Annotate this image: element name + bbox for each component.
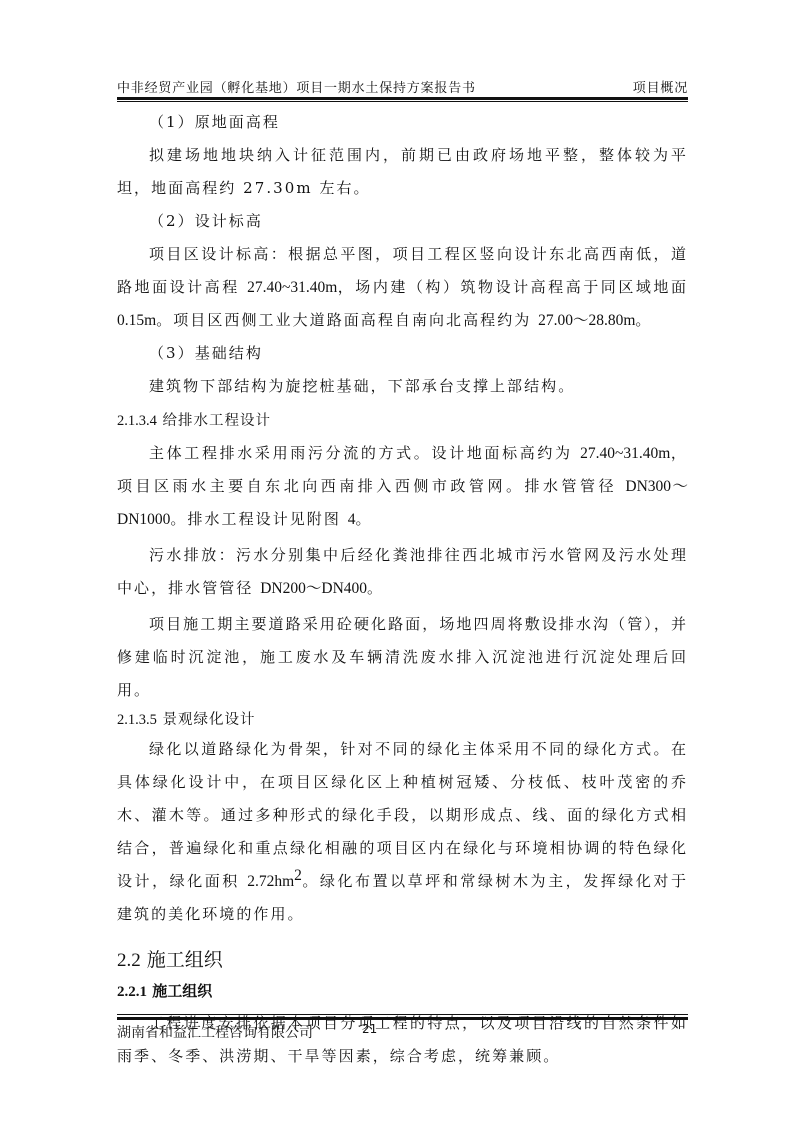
paragraph-construction-drainage: 项目施工期主要道路采用砼硬化路面，场地四周将敷设排水沟（管），并修建临时沉淀池，… bbox=[117, 608, 688, 707]
paragraph-drainage: 主体工程排水采用雨污分流的方式。设计地面标高约为 27.40~31.40m，项目… bbox=[117, 437, 688, 536]
header-rule-thick bbox=[117, 97, 688, 100]
paragraph-original-elevation: 拟建场地地块纳入计征范围内，前期已由政府场地平整，整体较为平坦，地面高程约 27… bbox=[117, 139, 688, 205]
header-section: 项目概况 bbox=[633, 77, 688, 96]
page-content: （1）原地面高程 拟建场地地块纳入计征范围内，前期已由政府场地平整，整体较为平坦… bbox=[117, 106, 688, 1073]
footer-rule-thick bbox=[117, 1017, 688, 1020]
page-header: 中非经贸产业园（孵化基地）项目一期水土保持方案报告书 项目概况 bbox=[117, 74, 688, 96]
heading-2-2-1: 2.2.1 施工组织 bbox=[117, 976, 688, 1007]
paragraph-foundation: 建筑物下部结构为旋挖桩基础，下部承台支撑上部结构。 bbox=[117, 370, 688, 403]
heading-2-1-3-5: 2.1.3.5 景观绿化设计 bbox=[117, 707, 688, 733]
paragraph-landscaping: 绿化以道路绿化为骨架，针对不同的绿化主体采用不同的绿化方式。在具体绿化设计中，在… bbox=[117, 733, 688, 931]
paragraph-sewage: 污水排放：污水分别集中后经化粪池排往西北城市污水管网及污水处理中心，排水管管径 … bbox=[117, 539, 688, 605]
page-number: 21 bbox=[362, 1022, 377, 1036]
footer-company: 湖南省和益汇工程咨询有限公司 bbox=[117, 1022, 313, 1042]
header-rule-thin bbox=[117, 101, 688, 102]
subheading-design-elevation: （2）设计标高 bbox=[117, 205, 688, 238]
footer-rule-thin bbox=[117, 1014, 688, 1015]
heading-2-2: 2.2 施工组织 bbox=[117, 945, 688, 976]
paragraph-design-elevation: 项目区设计标高：根据总平图，项目工程区竖向设计东北高西南低，道路地面设计高程 2… bbox=[117, 238, 688, 337]
document-page: 中非经贸产业园（孵化基地）项目一期水土保持方案报告书 项目概况 （1）原地面高程… bbox=[0, 0, 793, 1122]
subheading-foundation: （3）基础结构 bbox=[117, 337, 688, 370]
subheading-original-elevation: （1）原地面高程 bbox=[117, 106, 688, 139]
heading-2-1-3-4: 2.1.3.4 给排水工程设计 bbox=[117, 405, 688, 437]
header-title: 中非经贸产业园（孵化基地）项目一期水土保持方案报告书 bbox=[117, 77, 476, 96]
